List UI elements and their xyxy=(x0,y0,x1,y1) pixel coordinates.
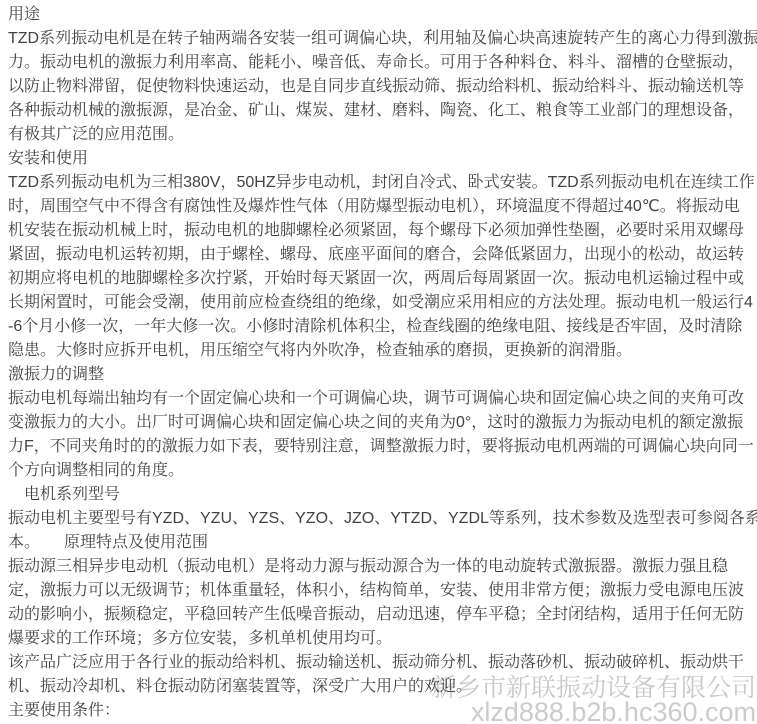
section-heading: 用途 xyxy=(8,3,757,27)
text-line: 个方向调整相同的角度。 xyxy=(8,459,757,483)
text-line: TZD系列振动电机是在转子轴两端各安装一组可调偏心块，利用轴及偏心块高速旋转产生… xyxy=(8,27,757,51)
text-line: 长期闲置时，可能会受潮，使用前应检查绕组的绝缘，如受潮应采用相应的方法处理。振动… xyxy=(8,291,757,315)
text-line: 动的影响小，振频稳定，平稳回转产生低噪音振动，启动迅速，停车平稳；全封闭结构，适… xyxy=(8,603,757,627)
text-line: 振动电机每端出轴均有一个固定偏心块和一个可调偏心块，调节可调偏心块和固定偏心块之… xyxy=(8,387,757,411)
text-line: 力F，不同夹角时的的激振力如下表，要特别注意，调整激振力时，要将振动电机两端的可… xyxy=(8,435,757,459)
text-line: 爆要求的工作环境；多方位安装，多机单机使用均可。 xyxy=(8,627,757,651)
text-line: 变激振力的大小。出厂时可调偏心块和固定偏心块之间的夹角为0°，这时的激振力为振动… xyxy=(8,411,757,435)
text-line: 紧固，振动电机运转初期，由于螺栓、螺母、底座平面间的磨合，会降低紧固力，出现小的… xyxy=(8,243,757,267)
text-line: 以防止物料滞留，促使物料快速运动，也是自同步直线振动筛、振动给料机、振动给料斗、… xyxy=(8,75,757,99)
text-line: 振动电机主要型号有YZD、YZU、YZS、YZO、JZO、YTZD、YZDL等系… xyxy=(8,507,757,531)
text-line: 机安装在振动机械上时，振动电机的地脚螺栓必须紧固，每个螺母下必须加弹性垫圈，必要… xyxy=(8,219,757,243)
text-line: 振动源三相异步电动机（振动电机）是将动力源与振动源合为一体的电动旋转式激振器。激… xyxy=(8,555,757,579)
section-heading: 电机系列型号 xyxy=(8,483,757,507)
text-line: 本。 原理特点及使用范围 xyxy=(8,531,757,555)
text-line: 初期应将电机的地脚螺栓多次拧紧，开始时每天紧固一次，两周后每周紧固一次。振动电机… xyxy=(8,267,757,291)
text-line: 隐患。大修时应拆开电机，用压缩空气将内外吹净，检查轴承的磨损，更换新的润滑脂。 xyxy=(8,339,757,363)
section-heading: 安装和使用 xyxy=(8,147,757,171)
text-line: 定，激振力可以无级调节；机体重量轻，体积小，结构简单，安装、使用非常方便；激振力… xyxy=(8,579,757,603)
text-line: 各种振动机械的激振源，是冶金、矿山、煤炭、建材、磨料、陶瓷、化工、粮食等工业部门… xyxy=(8,99,757,123)
text-line: -6个月小修一次，一年大修一次。小修时清除机体积尘，检查线圈的绝缘电阻、接线是否… xyxy=(8,315,757,339)
text-line: TZD系列振动电机为三相380V，50HZ异步电动机，封闭自冷式、卧式安装。TZ… xyxy=(8,171,757,195)
section-heading: 激振力的调整 xyxy=(8,363,757,387)
text-line: 有极其广泛的应用范围。 xyxy=(8,123,757,147)
text-line: 该产品广泛应用于各行业的振动给料机、振动输送机、振动筛分机、振动落砂机、振动破碎… xyxy=(8,651,757,675)
section-heading: 主要使用条件： xyxy=(8,699,757,723)
text-line: 机、振动冷却机、料仓振动防闭塞装置等，深受广大用户的欢迎。 xyxy=(8,675,757,699)
text-line: 时，周围空气中不得含有腐蚀性及爆炸性气体（用防爆型振动电机），环境温度不得超过4… xyxy=(8,195,757,219)
page: 新乡市新联振动设备有限公司 xlzd888.b2b.hc360.com 用途TZ… xyxy=(0,0,757,724)
document-body: 用途TZD系列振动电机是在转子轴两端各安装一组可调偏心块，利用轴及偏心块高速旋转… xyxy=(8,3,757,723)
text-line: 力。振动电机的激振力利用率高、能耗小、噪音低、寿命长。可用于各种料仓、料斗、溜槽… xyxy=(8,51,757,75)
